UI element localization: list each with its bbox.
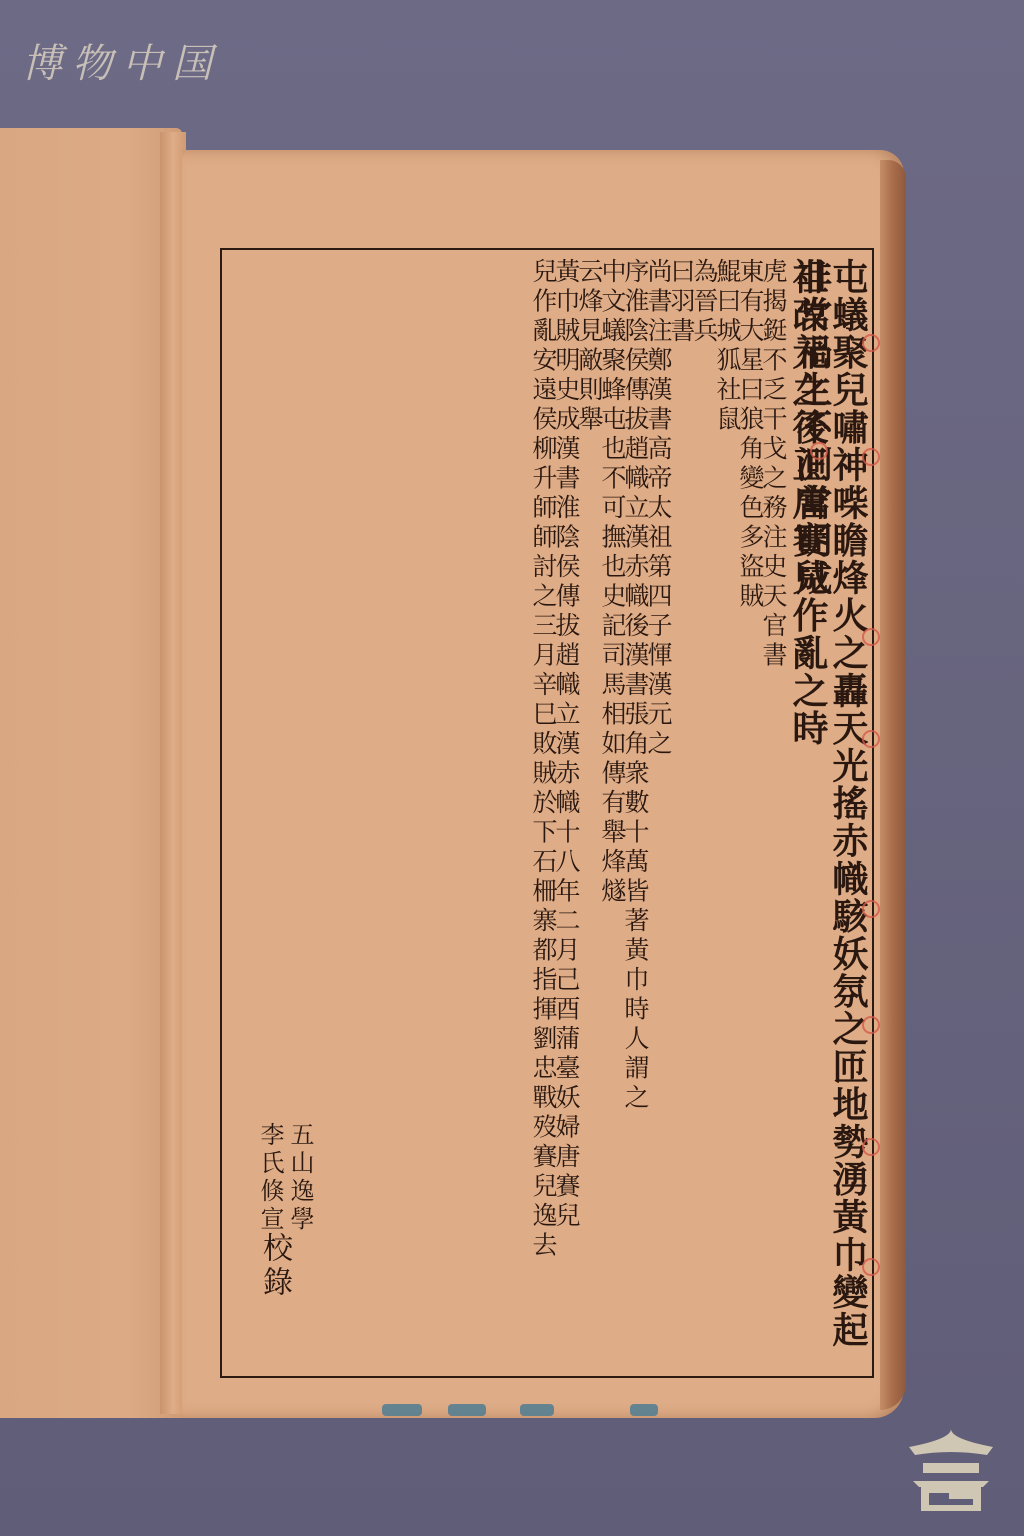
red-punctuation-mark — [862, 730, 880, 748]
colophon-line-1: 五山逸學 — [286, 1122, 312, 1234]
frame-rule — [872, 248, 874, 1378]
colophon: 五山逸學 李氏倏宣 — [256, 1122, 312, 1234]
red-punctuation-mark — [810, 442, 828, 460]
commentary-column: 虎揭鋌不乏干戈之務注史天官書 — [763, 258, 786, 1368]
text-columns: 屯蟻聚兒嘯神喍瞻烽火之轟天光搖赤幟駭妖氛之匝地勢湧黃巾變起非常禍生不測當明成 祖… — [533, 258, 866, 1368]
printed-text-frame: 屯蟻聚兒嘯神喍瞻烽火之轟天光搖赤幟駭妖氛之匝地勢湧黃巾變起非常禍生不測當明成 祖… — [220, 248, 874, 1378]
page-stack-edge — [880, 160, 906, 1410]
blue-stain — [382, 1404, 422, 1416]
pavilion-logo-icon — [905, 1425, 997, 1513]
blue-stain — [630, 1404, 658, 1416]
blue-stain — [520, 1404, 554, 1416]
colophon-suffix-wrap: 校錄 — [263, 1232, 289, 1300]
left-page — [0, 128, 182, 1418]
red-punctuation-mark — [862, 900, 880, 918]
red-punctuation-mark — [862, 628, 880, 646]
commentary-column: 尚書注鄭漢書高帝太祖第四子惲漢元之 — [648, 258, 671, 1368]
colophon-line-2: 李氏倏宣 — [256, 1122, 282, 1234]
colophon-suffix: 校錄 — [263, 1232, 289, 1300]
colophon-line-2-wrap: 李氏倏宣 — [256, 1122, 282, 1234]
red-punctuation-mark — [862, 448, 880, 466]
red-punctuation-mark — [862, 334, 880, 352]
blue-stain — [448, 1404, 486, 1416]
red-punctuation-mark — [862, 1016, 880, 1034]
red-punctuation-mark — [862, 1138, 880, 1156]
watermark-logo-text: 博物中国 — [22, 32, 222, 89]
commentary-column: 曰羽書 — [671, 258, 694, 1368]
main-text-column-1: 屯蟻聚兒嘯神喍瞻烽火之轟天光搖赤幟駭妖氛之匝地勢湧黃巾變起非常禍生不測當明成 — [826, 258, 866, 1368]
red-punctuation-mark — [862, 1258, 880, 1276]
